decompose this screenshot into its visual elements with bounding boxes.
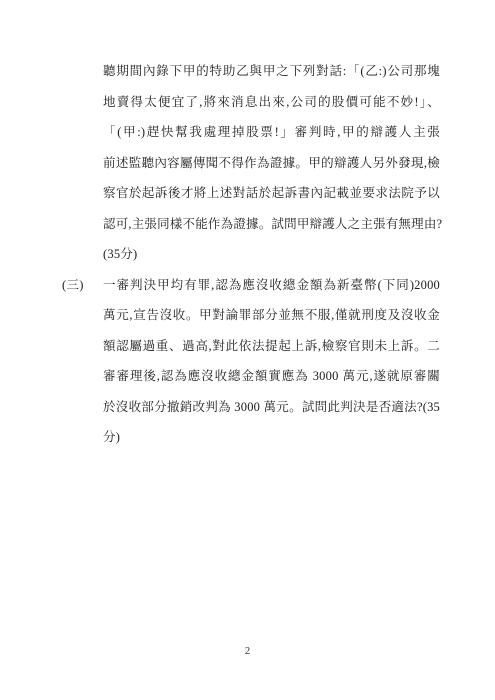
text-line: 「(甲:)趕快幫我處理掉股票!」審判時,甲的辯護人主張 xyxy=(103,117,440,148)
text-line: 認可,主張同樣不能作為證據。試問甲辯護人之主張有無理由? xyxy=(103,209,440,240)
text-line: 察官於起訴後才將上述對話於起訴書內記載並要求法院予以 xyxy=(103,178,440,209)
exam-question-text: 聽期間內錄下甲的特助乙與甲之下列對話:「(乙:)公司那塊地賣得太便宜了,將來消息… xyxy=(62,56,440,453)
text-line: 地賣得太便宜了,將來消息出來,公司的股價可能不妙!」、 xyxy=(103,87,440,118)
text-line: 審審理後,認為應沒收總金額實應為 3000 萬元,遂就原審關 xyxy=(103,361,440,392)
text-line: 額認屬過重、過高,對此依法提起上訴,檢察官則未上訴。二 xyxy=(103,331,440,362)
question-3: (三) 一審判決甲均有罪,認為應沒收總金額為新臺幣(下同)2000萬元,宣告沒收… xyxy=(62,270,440,453)
text-line: 前述監聽內容屬傳聞不得作為證據。甲的辯護人另外發現,檢 xyxy=(103,148,440,179)
text-line: 於沒收部分撤銷改判為 3000 萬元。試問此判決是否適法?(35 xyxy=(103,392,440,423)
question-2-lines: 聽期間內錄下甲的特助乙與甲之下列對話:「(乙:)公司那塊地賣得太便宜了,將來消息… xyxy=(103,56,440,270)
text-line: 聽期間內錄下甲的特助乙與甲之下列對話:「(乙:)公司那塊 xyxy=(103,56,440,87)
paragraph-marker-three: (三) xyxy=(62,270,103,301)
text-line: 萬元,宣告沒收。甲對論罪部分並無不服,僅就刑度及沒收金 xyxy=(103,300,440,331)
text-line: 分) xyxy=(103,422,440,453)
text-line: (35分) xyxy=(103,239,440,270)
page-number: 2 xyxy=(0,644,495,658)
question-3-lines: 一審判決甲均有罪,認為應沒收總金額為新臺幣(下同)2000萬元,宣告沒收。甲對論… xyxy=(103,270,440,453)
question-2-continuation: 聽期間內錄下甲的特助乙與甲之下列對話:「(乙:)公司那塊地賣得太便宜了,將來消息… xyxy=(62,56,440,270)
document-page: 聽期間內錄下甲的特助乙與甲之下列對話:「(乙:)公司那塊地賣得太便宜了,將來消息… xyxy=(0,0,495,700)
text-line: 一審判決甲均有罪,認為應沒收總金額為新臺幣(下同)2000 xyxy=(103,270,440,301)
